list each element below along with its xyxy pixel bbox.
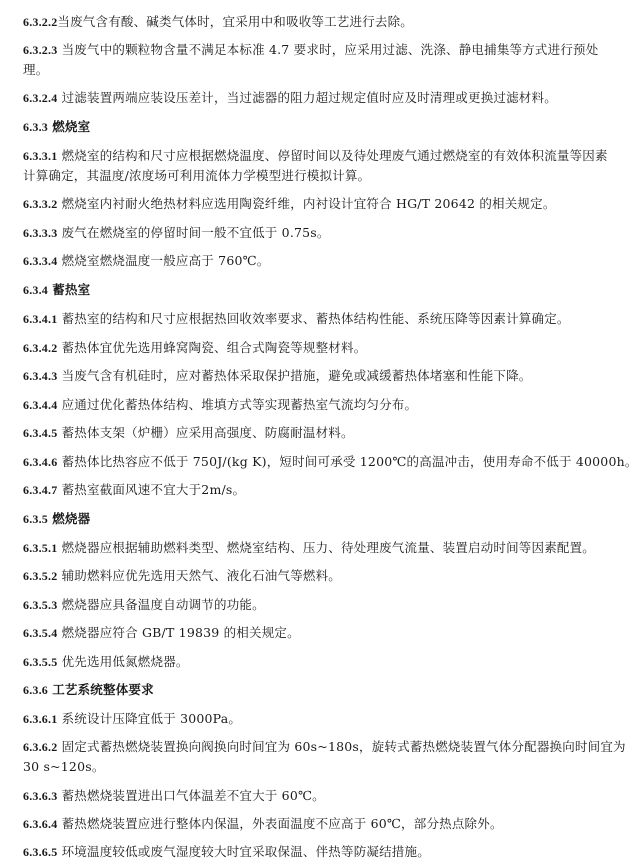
clause-text: 废气在燃烧室的停留时间一般不宜低于 0.75s。	[62, 225, 330, 240]
clause-number: 6.3.6.4	[23, 817, 57, 831]
clause-6-3-4-5: 6.3.4.5 蓄热体支架（炉栅）应采用高强度、防腐耐温材料。	[23, 423, 623, 443]
clause-number: 6.3.3.3	[23, 226, 57, 240]
clause-6-3-4-1: 6.3.4.1 蓄热室的结构和尺寸应根据热回收效率要求、蓄热体结构性能、系统压降…	[23, 309, 623, 329]
clause-number: 6.3.5.2	[23, 569, 57, 583]
clause-text: 蓄热室的结构和尺寸应根据热回收效率要求、蓄热体结构性能、系统压降等因素计算确定。	[62, 311, 570, 326]
clause-text: 应通过优化蓄热体结构、堆填方式等实现蓄热室气流均匀分布。	[62, 397, 418, 412]
clause-6-3-6-4: 6.3.6.4 蓄热燃烧装置应进行整体内保温，外表面温度不应高于 60℃，部分热…	[23, 814, 623, 834]
clause-text-line1: 当废气中的颗粒物含量不满足本标准 4.7 要求时，应采用过滤、洗涤、静电捕集等方…	[62, 42, 599, 57]
clause-number: 6.3.5.3	[23, 598, 57, 612]
clause-number: 6.3.5.1	[23, 541, 57, 555]
clause-6-3-2-4: 6.3.2.4 过滤装置两端应装设压差计，当过滤器的阻力超过规定值时应及时清理或…	[23, 88, 623, 108]
clause-6-3-3-2: 6.3.3.2 燃烧室内衬耐火绝热材料应选用陶瓷纤维，内衬设计宜符合 HG/T …	[23, 194, 623, 214]
section-heading-6-3-6: 6.3.6 工艺系统整体要求	[23, 680, 623, 700]
clause-text: 燃烧室内衬耐火绝热材料应选用陶瓷纤维，内衬设计宜符合 HG/T 20642 的相…	[62, 196, 556, 211]
clause-6-3-3-4: 6.3.3.4 燃烧室燃烧温度一般应高于 760℃。	[23, 251, 623, 271]
clause-6-3-6-5: 6.3.6.5 环境温度较低或废气湿度较大时宜采取保温、伴热等防凝结措施。	[23, 842, 623, 862]
section-heading-6-3-5: 6.3.5 燃烧器	[23, 509, 623, 529]
clause-text: 环境温度较低或废气湿度较大时宜采取保温、伴热等防凝结措施。	[62, 844, 430, 859]
clause-number: 6.3.4.4	[23, 398, 57, 412]
clause-text: 系统设计压降宜低于 3000Pa。	[62, 711, 242, 726]
clause-number: 6.3.4.2	[23, 341, 57, 355]
clause-text: 当废气含有机硅时，应对蓄热体采取保护措施，避免或减缓蓄热体堵塞和性能下降。	[62, 368, 532, 383]
clause-text: 燃烧器应具备温度自动调节的功能。	[62, 597, 265, 612]
clause-6-3-4-3: 6.3.4.3 当废气含有机硅时，应对蓄热体采取保护措施，避免或减缓蓄热体堵塞和…	[23, 366, 623, 386]
clause-text: 当废气含有酸、碱类气体时，宜采用中和吸收等工艺进行去除。	[57, 14, 413, 29]
clause-6-3-2-3: 6.3.2.3 当废气中的颗粒物含量不满足本标准 4.7 要求时，应采用过滤、洗…	[23, 40, 623, 80]
clause-number: 6.3.6.2	[23, 740, 57, 754]
clause-number: 6.3.4.3	[23, 369, 57, 383]
clause-6-3-3-1: 6.3.3.1 燃烧室的结构和尺寸应根据燃烧温度、停留时间以及待处理废气通过燃烧…	[23, 146, 623, 186]
clause-number: 6.3.3.2	[23, 197, 57, 211]
section-heading-6-3-3: 6.3.3 燃烧室	[23, 117, 623, 137]
clause-6-3-5-4: 6.3.5.4 燃烧器应符合 GB/T 19839 的相关规定。	[23, 623, 623, 643]
clause-number: 6.3.2.3	[23, 43, 57, 57]
clause-number: 6.3.6.5	[23, 845, 57, 859]
clause-text: 过滤装置两端应装设压差计，当过滤器的阻力超过规定值时应及时清理或更换过滤材料。	[62, 90, 557, 105]
section-heading-6-3-4: 6.3.4 蓄热室	[23, 280, 623, 300]
clause-number: 6.3.4.5	[23, 426, 57, 440]
clause-6-3-5-2: 6.3.5.2 辅助燃料应优先选用天然气、液化石油气等燃料。	[23, 566, 623, 586]
clause-6-3-5-5: 6.3.5.5 优先选用低氮燃烧器。	[23, 652, 623, 672]
clause-6-3-6-3: 6.3.6.3 蓄热燃烧装置进出口气体温差不宜大于 60℃。	[23, 786, 623, 806]
clause-text-line2: 理。	[23, 62, 48, 77]
section-number: 6.3.3	[23, 120, 48, 134]
clause-text: 蓄热体宜优先选用蜂窝陶瓷、组合式陶瓷等规整材料。	[62, 340, 367, 355]
clause-text: 燃烧器应根据辅助燃料类型、燃烧室结构、压力、待处理废气流量、装置启动时间等因素配…	[62, 540, 595, 555]
clause-text: 燃烧室燃烧温度一般应高于 760℃。	[62, 253, 270, 268]
clause-text: 辅助燃料应优先选用天然气、液化石油气等燃料。	[62, 568, 341, 583]
clause-6-3-4-4: 6.3.4.4 应通过优化蓄热体结构、堆填方式等实现蓄热室气流均匀分布。	[23, 395, 623, 415]
clause-number: 6.3.4.1	[23, 312, 57, 326]
clause-6-3-5-1: 6.3.5.1 燃烧器应根据辅助燃料类型、燃烧室结构、压力、待处理废气流量、装置…	[23, 538, 623, 558]
clause-number: 6.3.6.3	[23, 789, 57, 803]
clause-text: 燃烧器应符合 GB/T 19839 的相关规定。	[62, 625, 300, 640]
clause-6-3-5-3: 6.3.5.3 燃烧器应具备温度自动调节的功能。	[23, 595, 623, 615]
clause-text: 优先选用低氮燃烧器。	[62, 654, 189, 669]
section-number: 6.3.6	[23, 683, 48, 697]
clause-text: 蓄热室截面风速不宜大于2m/s。	[62, 482, 246, 497]
clause-number: 6.3.5.4	[23, 626, 57, 640]
section-title: 燃烧器	[52, 511, 90, 526]
document-page: 6.3.2.2当废气含有酸、碱类气体时，宜采用中和吸收等工艺进行去除。 6.3.…	[0, 0, 640, 864]
section-number: 6.3.4	[23, 283, 48, 297]
section-title: 工艺系统整体要求	[52, 682, 154, 697]
clause-6-3-4-2: 6.3.4.2 蓄热体宜优先选用蜂窝陶瓷、组合式陶瓷等规整材料。	[23, 338, 623, 358]
clause-text-line1: 固定式蓄热燃烧装置换向阀换向时间宜为 60s~180s，旋转式蓄热燃烧装置气体分…	[62, 739, 626, 754]
clause-text-line2: 计算确定，其温度/浓度场可利用流体力学模型进行模拟计算。	[23, 168, 370, 183]
clause-number: 6.3.4.6	[23, 455, 57, 469]
clause-number: 6.3.5.5	[23, 655, 57, 669]
clause-6-3-6-2: 6.3.6.2 固定式蓄热燃烧装置换向阀换向时间宜为 60s~180s，旋转式蓄…	[23, 737, 623, 777]
clause-number: 6.3.3.1	[23, 149, 57, 163]
clause-6-3-3-3: 6.3.3.3 废气在燃烧室的停留时间一般不宜低于 0.75s。	[23, 223, 623, 243]
clause-number: 6.3.4.7	[23, 483, 57, 497]
clause-number: 6.3.2.2	[23, 15, 57, 29]
clause-text: 蓄热燃烧装置进出口气体温差不宜大于 60℃。	[62, 788, 325, 803]
clause-6-3-4-6: 6.3.4.6 蓄热体比热容应不低于 750J/(kg K)，短时间可承受 12…	[23, 452, 623, 472]
clause-text: 蓄热燃烧装置应进行整体内保温，外表面温度不应高于 60℃，部分热点除外。	[62, 816, 503, 831]
section-number: 6.3.5	[23, 512, 48, 526]
clause-text-line2: 30 s~120s。	[23, 759, 105, 774]
section-title: 燃烧室	[52, 119, 90, 134]
clause-6-3-4-7: 6.3.4.7 蓄热室截面风速不宜大于2m/s。	[23, 480, 623, 500]
clause-6-3-6-1: 6.3.6.1 系统设计压降宜低于 3000Pa。	[23, 709, 623, 729]
clause-number: 6.3.2.4	[23, 91, 57, 105]
clause-number: 6.3.6.1	[23, 712, 57, 726]
clause-text: 蓄热体比热容应不低于 750J/(kg K)，短时间可承受 1200℃的高温冲击…	[62, 454, 638, 469]
clause-text-line1: 燃烧室的结构和尺寸应根据燃烧温度、停留时间以及待处理废气通过燃烧室的有效体积流量…	[62, 148, 608, 163]
clause-number: 6.3.3.4	[23, 254, 57, 268]
section-title: 蓄热室	[52, 282, 90, 297]
clause-6-3-2-2: 6.3.2.2当废气含有酸、碱类气体时，宜采用中和吸收等工艺进行去除。	[23, 12, 623, 32]
clause-text: 蓄热体支架（炉栅）应采用高强度、防腐耐温材料。	[62, 425, 354, 440]
